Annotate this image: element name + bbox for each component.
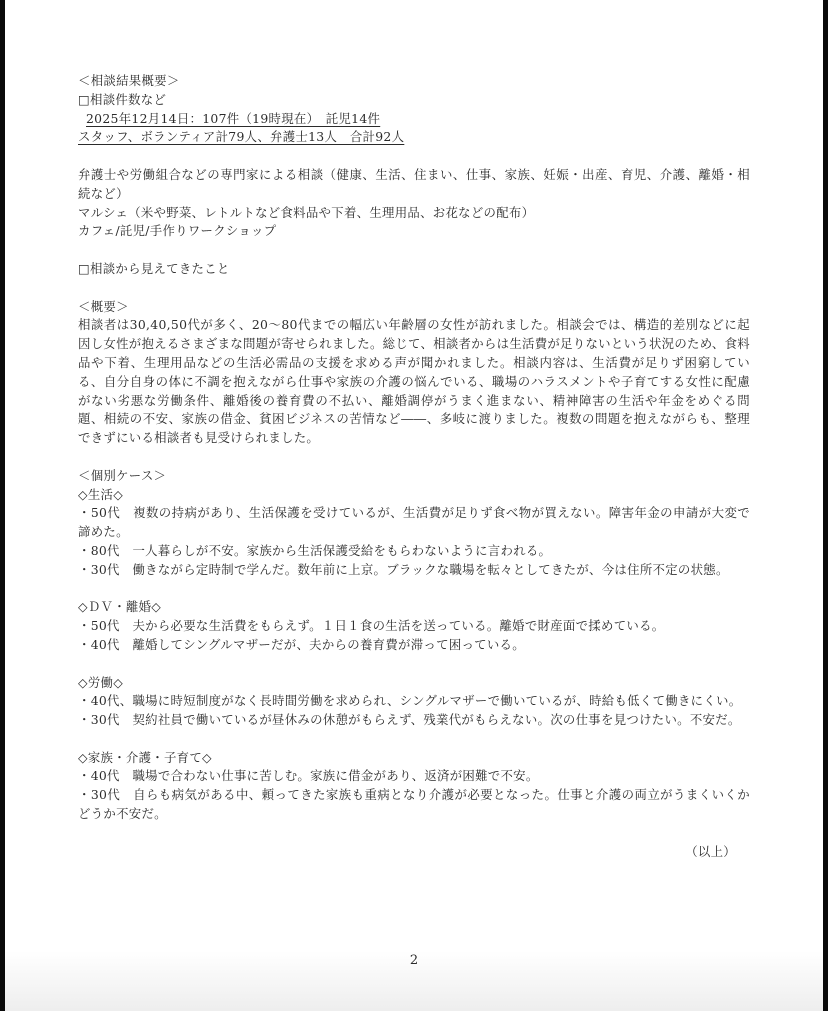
case-item: ・40代、職場に時短制度がなく長時間労働を求められ、シングルマザーで働いているが… [78, 692, 750, 711]
case-category-labor: ◇労働◇ ・40代、職場に時短制度がなく長時間労働を求められ、シングルマザーで働… [78, 674, 750, 730]
cases-heading: ＜個別ケース＞ [78, 467, 750, 486]
insights-heading: □相談から見えてきたこと [78, 260, 750, 279]
category-title: ◇家族・介護・子育て◇ [78, 749, 750, 768]
category-title: ◇生活◇ [78, 486, 750, 505]
counts-heading: □相談件数など [78, 91, 750, 110]
spacer [78, 655, 750, 674]
case-item: ・50代 複数の持病があり、生活保護を受けているが、生活費が足りず食べ物が買えな… [78, 504, 750, 542]
service-item-cafe: カフェ/託児/手作りワークショップ [78, 222, 750, 241]
service-item-consultation: 弁護士や労働組合などの専門家による相談（健康、生活、住まい、仕事、家族、妊娠・出… [78, 166, 750, 204]
spacer [78, 448, 750, 467]
photo-border-right [823, 0, 828, 1011]
case-category-dv-divorce: ◇ＤＶ・離婚◇ ・50代 夫から必要な生活費をもらえず。１日１食の生活を送ってい… [78, 598, 750, 654]
spacer [78, 241, 750, 260]
summary-heading: ＜相談結果概要＞ [78, 72, 750, 91]
spacer [78, 279, 750, 298]
service-item-marche: マルシェ（米や野菜、レトルトなど食料品や下着、生理用品、お花などの配布） [78, 204, 750, 223]
photo-border-left [0, 0, 5, 1011]
counts-line-staff: スタッフ、ボランティア計79人、弁護士13人 合計92人 [78, 128, 750, 147]
counts-line-date: 2025年12月14日：107件（19時現在） 託児14件 [78, 110, 750, 129]
page-number: 2 [0, 953, 828, 968]
case-item: ・30代 契約社員で働いているが昼休みの休憩がもらえず、残業代がもらえない。次の… [78, 711, 750, 730]
closing-mark: （以上） [78, 843, 750, 862]
case-item: ・50代 夫から必要な生活費をもらえず。１日１食の生活を送っている。離婚で財産面… [78, 617, 750, 636]
category-title: ◇ＤＶ・離婚◇ [78, 598, 750, 617]
case-item: ・30代 働きながら定時制で学んだ。数年前に上京。ブラックな職場を転々としてきた… [78, 561, 750, 580]
case-item: ・40代 離婚してシングルマザーだが、夫からの養育費が滞って困っている。 [78, 636, 750, 655]
case-item: ・30代 自らも病気がある中、頼ってきた家族も重病となり介護が必要となった。仕事… [78, 786, 750, 824]
spacer [78, 730, 750, 749]
case-item: ・80代 一人暮らしが不安。家族から生活保護受給をもらわないように言われる。 [78, 542, 750, 561]
spacer [78, 147, 750, 166]
spacer [78, 580, 750, 599]
case-category-family-care: ◇家族・介護・子育て◇ ・40代 職場で合わない仕事に苦しむ。家族に借金があり、… [78, 749, 750, 824]
overview-heading: ＜概要＞ [78, 298, 750, 317]
category-title: ◇労働◇ [78, 674, 750, 693]
document-page: ＜相談結果概要＞ □相談件数など 2025年12月14日：107件（19時現在）… [78, 72, 750, 861]
overview-paragraph: 相談者は30,40,50代が多く、20〜80代までの幅広い年齢層の女性が訪れまし… [78, 316, 750, 448]
spacer [78, 824, 750, 843]
case-category-living: ◇生活◇ ・50代 複数の持病があり、生活保護を受けているが、生活費が足りず食べ… [78, 486, 750, 580]
case-item: ・40代 職場で合わない仕事に苦しむ。家族に借金があり、返済が困難で不安。 [78, 767, 750, 786]
